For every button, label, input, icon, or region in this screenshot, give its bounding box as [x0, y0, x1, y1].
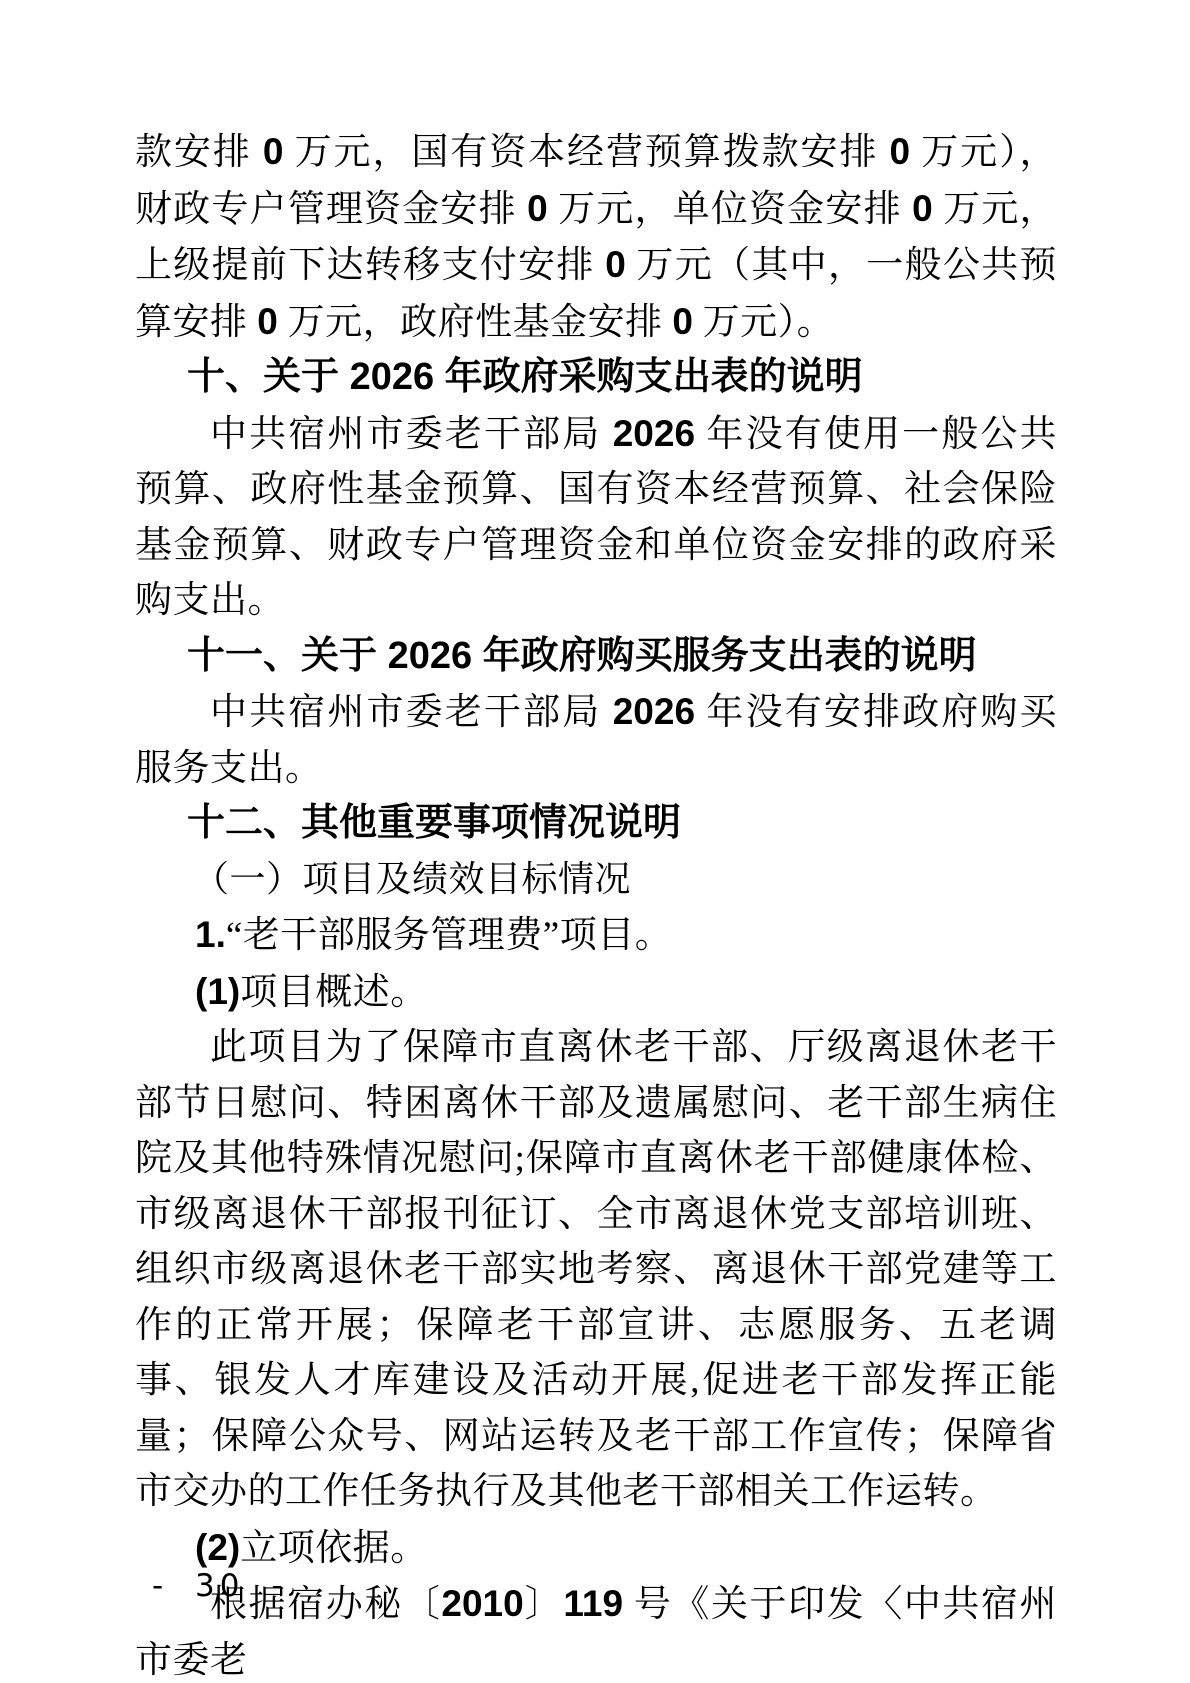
project-1-title: 1.“老干部服务管理费”项目。	[135, 907, 1057, 964]
section-11-heading: 十一、关于 2026 年政府购买服务支出表的说明	[135, 629, 1057, 685]
section-10-heading: 十、关于 2026 年政府采购支出表的说明	[135, 350, 1057, 406]
project-overview-heading: (1)项目概述。	[135, 964, 1057, 1021]
section-12-heading: 十二、其他重要事项情况说明	[135, 796, 1057, 852]
page-number: - 30 -	[152, 1568, 288, 1604]
subsection-1-heading: （一）项目及绩效目标情况	[135, 852, 1057, 908]
document-body: 款安排 0 万元，国有资本经营预算拨款安排 0 万元），财政专户管理资金安排 0…	[135, 124, 1057, 1683]
section-11-paragraph: 中共宿州市委老干部局 2026 年没有安排政府购买服务支出。	[135, 684, 1057, 796]
continuation-paragraph: 款安排 0 万元，国有资本经营预算拨款安排 0 万元），财政专户管理资金安排 0…	[135, 124, 1057, 350]
section-10-paragraph: 中共宿州市委老干部局 2026 年没有使用一般公共预算、政府性基金预算、国有资本…	[135, 406, 1057, 629]
project-overview-paragraph: 此项目为了保障市直离休老干部、厅级离退休老干部节日慰问、特困离休干部及遗属慰问、…	[135, 1020, 1057, 1520]
document-page: 款安排 0 万元，国有资本经营预算拨款安排 0 万元），财政专户管理资金安排 0…	[0, 0, 1190, 1683]
